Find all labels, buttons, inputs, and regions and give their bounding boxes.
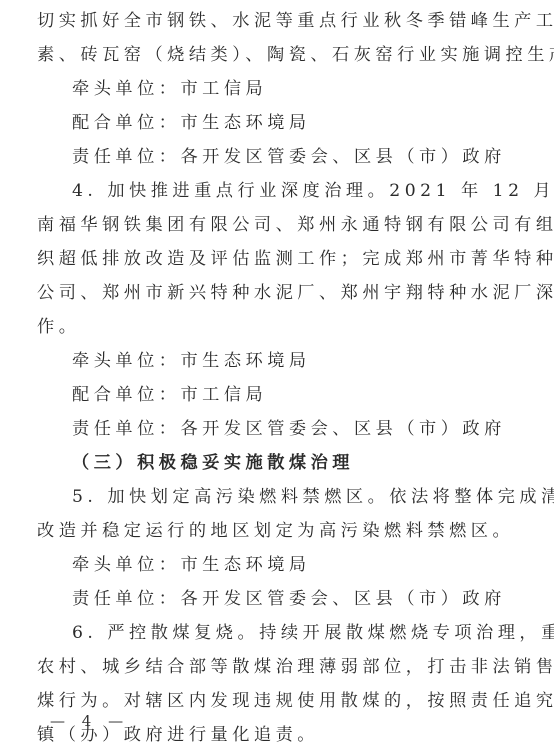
- paragraph-line: 南福华钢铁集团有限公司、郑州永通特钢有限公司有组织和无组: [37, 208, 517, 242]
- paragraph-line: 切实抓好全市钢铁、水泥等重点行业秋冬季错峰生产工作，对碳: [37, 4, 517, 38]
- paragraph-line: 改造并稳定运行的地区划定为高污染燃料禁燃区。: [37, 514, 517, 548]
- cooperating-unit-line: 配合单位：市工信局: [37, 378, 517, 412]
- item-6-line: 6. 严控散煤复烧。持续开展散煤燃烧专项治理，重点排查: [37, 616, 517, 650]
- lead-unit-line: 牵头单位：市工信局: [37, 72, 517, 106]
- responsible-unit-line: 责任单位：各开发区管委会、区县（市）政府: [37, 140, 517, 174]
- paragraph-line: 公司、郑州市新兴特种水泥厂、郑州宇翔特种水泥厂深度治理工: [37, 276, 517, 310]
- section-heading: （三）积极稳妥实施散煤治理: [37, 446, 517, 480]
- paragraph-line: 作。: [37, 310, 517, 344]
- responsible-unit-line: 责任单位：各开发区管委会、区县（市）政府: [37, 582, 517, 616]
- paragraph-line: 织超低排放改造及评估监测工作；完成郑州市菁华特种水泥有限: [37, 242, 517, 276]
- cooperating-unit-line: 配合单位：市生态环境局: [37, 106, 517, 140]
- document-body: 切实抓好全市钢铁、水泥等重点行业秋冬季错峰生产工作，对碳 素、砖瓦窑（烧结类）、…: [37, 4, 517, 751]
- lead-unit-line: 牵头单位：市生态环境局: [37, 548, 517, 582]
- paragraph-line: 农村、城乡结合部等散煤治理薄弱部位，打击非法销售、燃用散: [37, 650, 517, 684]
- lead-unit-line: 牵头单位：市生态环境局: [37, 344, 517, 378]
- paragraph-line: 素、砖瓦窑（烧结类）、陶瓷、石灰窑行业实施调控生产。: [37, 38, 517, 72]
- page-number: — 4 —: [50, 712, 129, 730]
- responsible-unit-line: 责任单位：各开发区管委会、区县（市）政府: [37, 412, 517, 446]
- item-5-line: 5. 加快划定高污染燃料禁燃区。依法将整体完成清洁取暖: [37, 480, 517, 514]
- item-4-line: 4. 加快推进重点行业深度治理。2021 年 12 月底前，完成河: [37, 174, 517, 208]
